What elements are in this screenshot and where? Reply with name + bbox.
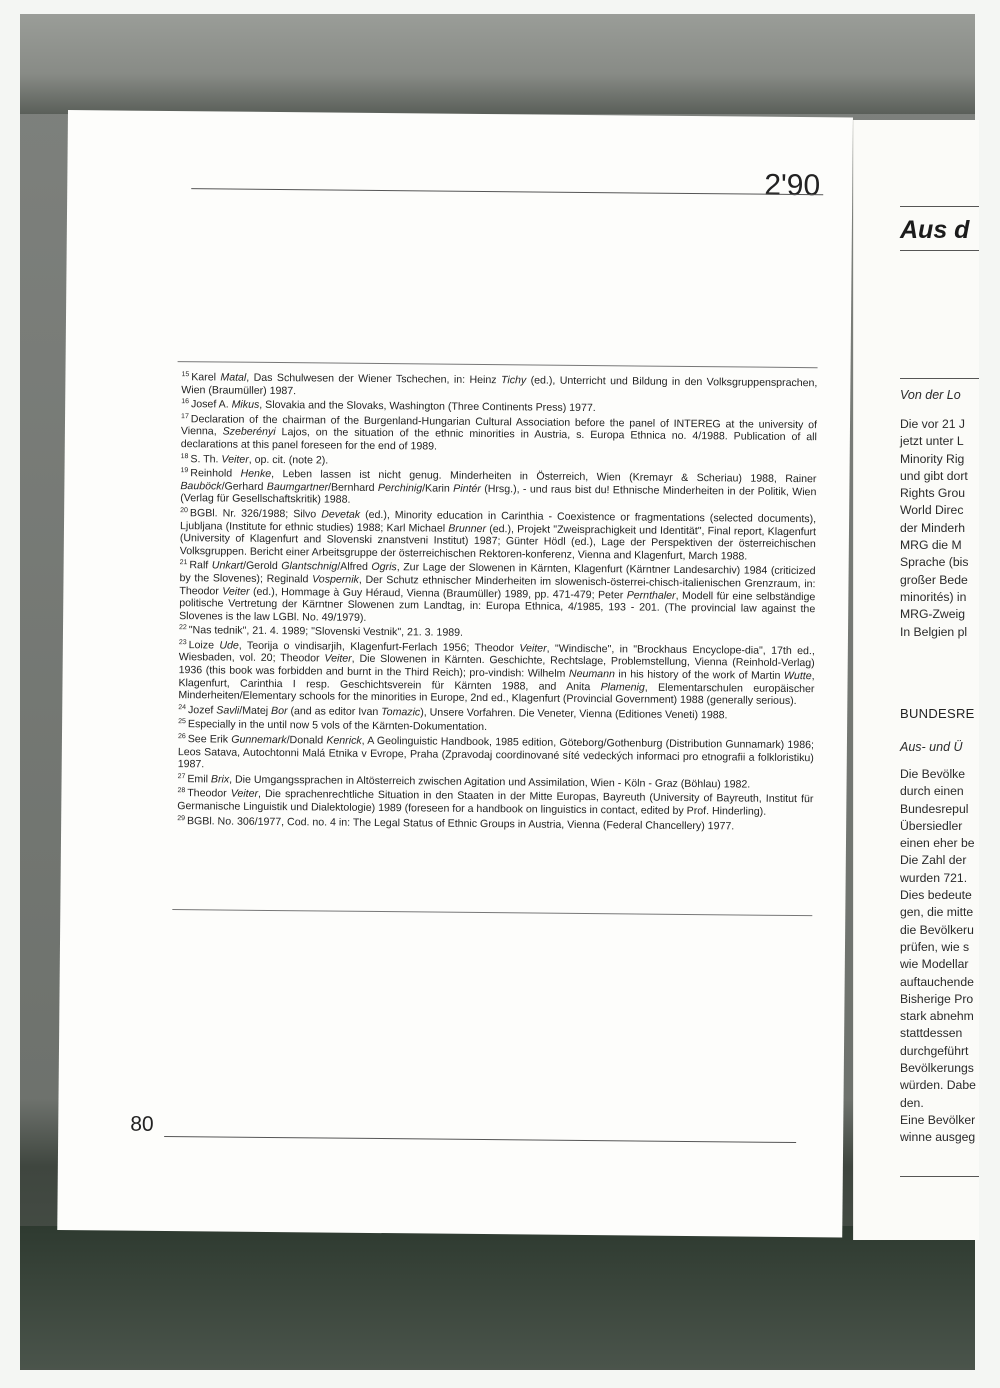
header-rule (191, 188, 823, 195)
footnote-marker: 24 (178, 704, 186, 711)
text-line: Die vor 21 J (900, 416, 979, 433)
right-page-title: Aus d (900, 216, 969, 245)
text-line: wurden 721. (900, 870, 979, 887)
text-line: jetzt unter L (900, 433, 979, 450)
section2-bottom-rule (900, 1176, 979, 1177)
text-line: wie Modellar (900, 956, 979, 973)
footnote-23: 23Loize Ude, Teorija o vindisarjih, Klag… (178, 637, 815, 708)
text-line: Bevölkerungs (900, 1060, 979, 1077)
footnote-text: See Erik Gunnemark/Donald Kenrick, A Geo… (178, 733, 814, 770)
footer-rule (164, 1136, 796, 1143)
footnote-marker: 17 (181, 413, 189, 420)
text-line: In Belgien pl (900, 624, 979, 641)
text-line: den. (900, 1095, 979, 1112)
footnote-marker: 25 (178, 719, 186, 726)
footnote-26: 26See Erik Gunnemark/Donald Kenrick, A G… (178, 731, 814, 777)
text-line: Eine Bevölker (900, 1112, 979, 1129)
text-line: minorités) in (900, 589, 979, 606)
issue-number: 2'90 (764, 169, 820, 204)
text-line: durchgeführt (900, 1043, 979, 1060)
scanner-shadow-top (20, 14, 975, 114)
text-line: Bundesrepul (900, 801, 979, 818)
text-line: die Bevölkeru (900, 922, 979, 939)
text-line: stark abnehm (900, 1008, 979, 1025)
section2-body: Die Bevölkedurch einenBundesrepulÜbersie… (900, 766, 979, 1147)
footnote-marker: 23 (179, 639, 187, 646)
footnotes-bottom-rule (172, 909, 812, 916)
text-line: Minority Rig (900, 451, 979, 468)
footnote-marker: 28 (177, 787, 185, 794)
footnotes-block: 15Karel Matal, Das Schulwesen der Wiener… (177, 369, 817, 833)
section2-subtitle: Aus- und Ü (900, 740, 963, 754)
footnote-marker: 20 (180, 507, 188, 514)
text-line: MRG die M (900, 537, 979, 554)
text-line: Übersiedler (900, 818, 979, 835)
text-line: gen, die mitte (900, 904, 979, 921)
footnote-marker: 26 (178, 733, 186, 740)
section2-heading: BUNDESRE (900, 706, 975, 721)
text-line: Die Bevölke (900, 766, 979, 783)
text-line: Dies bedeute (900, 887, 979, 904)
footnote-marker: 21 (180, 559, 188, 566)
text-line: auftauchende (900, 974, 979, 991)
text-line: großer Bede (900, 572, 979, 589)
text-line: Rights Grou (900, 485, 979, 502)
text-line: prüfen, wie s (900, 939, 979, 956)
page-number: 80 (130, 1113, 154, 1137)
scanner-shadow-bottom (20, 1226, 975, 1368)
footnote-text: BGBl. No. 306/1977, Cod. no. 4 in: The L… (187, 815, 734, 832)
text-line: würden. Dabe (900, 1077, 979, 1094)
footnote-text: Loize Ude, Teorija o vindisarjih, Klagen… (178, 639, 815, 707)
footnote-text: BGBl. Nr. 326/1988; Silvo Devetak (ed.),… (180, 507, 816, 562)
footnote-20: 20BGBl. Nr. 326/1988; Silvo Devetak (ed.… (180, 505, 816, 563)
text-line: und gibt dort (900, 468, 979, 485)
footnote-text: Ralf Unkart/Gerold Glantschnig/Alfred Og… (179, 559, 816, 623)
text-line: einen eher be (900, 835, 979, 852)
text-line: Bisherige Pro (900, 991, 979, 1008)
section1-rule (900, 378, 979, 379)
footnotes-top-rule (178, 361, 818, 368)
footnote-marker: 29 (177, 815, 185, 822)
section1-body: Die vor 21 Jjetzt unter LMinority Rigund… (900, 416, 979, 641)
section1-subtitle: Von der Lo (900, 388, 961, 402)
footnote-21: 21Ralf Unkart/Gerold Glantschnig/Alfred … (179, 557, 816, 628)
text-line: stattdessen (900, 1025, 979, 1042)
title-top-rule (900, 206, 979, 207)
text-line: der Minderh (900, 520, 979, 537)
footnote-marker: 19 (181, 467, 189, 474)
footnote-marker: 15 (181, 371, 189, 378)
text-line: Die Zahl der (900, 852, 979, 869)
footnote-marker: 18 (181, 453, 189, 460)
text-line: durch einen (900, 783, 979, 800)
text-line: MRG-Zweig (900, 606, 979, 623)
text-line: Sprache (bis (900, 554, 979, 571)
footnote-17: 17Declaration of the chairman of the Bur… (181, 411, 817, 457)
document-page-right: Aus d Von der Lo Die vor 21 Jjetzt unter… (853, 120, 979, 1240)
footnote-text: Reinhold Henke, Leben lassen ist nicht g… (180, 467, 816, 506)
footnote-text: S. Th. Veiter, op. cit. (note 2). (190, 453, 328, 466)
footnote-marker: 16 (181, 398, 189, 405)
footnote-marker: 27 (178, 773, 186, 780)
footnote-marker: 22 (179, 624, 187, 631)
document-page-left: 2'90 15Karel Matal, Das Schulwesen der W… (57, 110, 853, 1237)
footnote-text: Karel Matal, Das Schulwesen der Wiener T… (181, 371, 817, 397)
text-line: World Direc (900, 502, 979, 519)
text-line: winne ausgeg (900, 1129, 979, 1146)
footnote-19: 19Reinhold Henke, Leben lassen ist nicht… (180, 465, 816, 511)
footnote-text: Declaration of the chairman of the Burge… (181, 413, 817, 453)
title-bottom-rule (900, 250, 979, 251)
